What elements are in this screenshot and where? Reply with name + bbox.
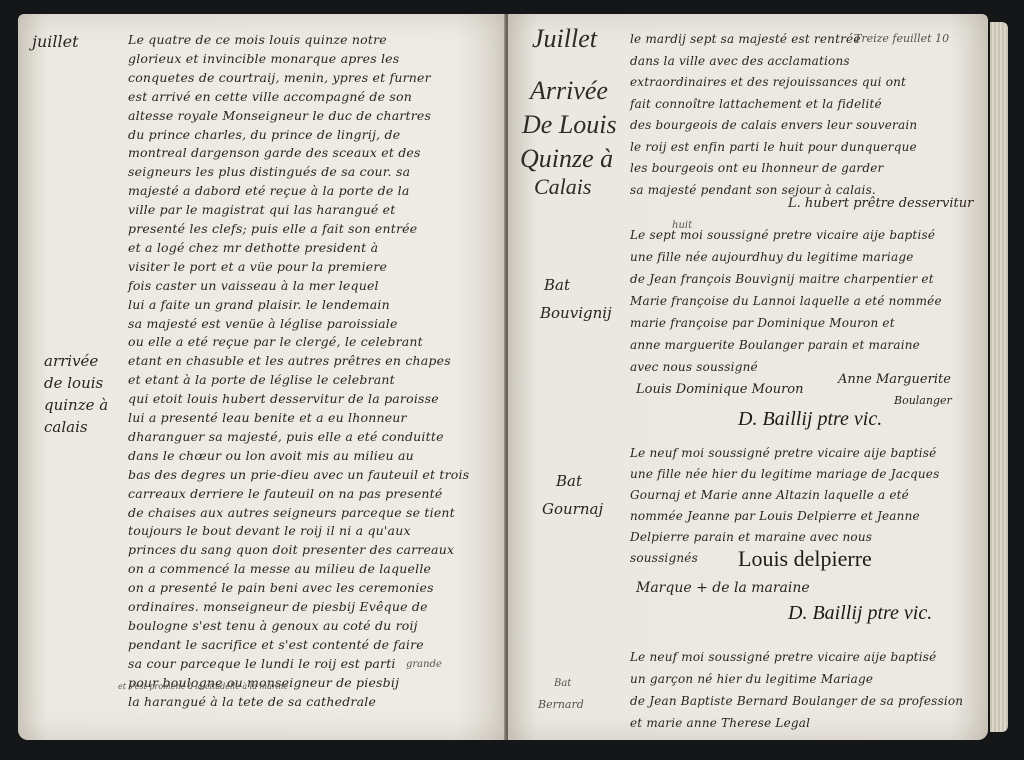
handwritten-line: du prince charles, du prince de lingrij,… [128,127,400,142]
handwritten-line: et marie anne Therese Legal [630,716,810,730]
handwritten-line: ville par le magistrat qui las harangué … [128,202,395,217]
handwritten-line: avec nous soussigné [630,360,758,374]
right-page: Juillet Treize feuillet 10 Arrivée De Lo… [508,14,988,740]
folio-number: Treize feuillet 10 [854,32,949,45]
handwritten-line: Le quatre de ce mois louis quinze notre [128,32,387,47]
entry4-margin-bat: Bat [554,678,571,689]
handwritten-line: toujours le bout devant le roij il ni a … [128,523,411,538]
handwritten-line: presenté les clefs; puis elle a fait son… [128,221,417,236]
handwritten-line: le roij est enfin parti le huit pour dun… [630,140,917,154]
signature-boulanger: Boulanger [894,394,952,407]
handwritten-line: et a logé chez mr dethotte president à [128,240,378,255]
handwritten-line: on a commencé la messe au milieu de laqu… [128,561,431,576]
margin-note-2: de louis [44,374,103,392]
handwritten-line: Marie françoise du Lannoi laquelle a eté… [630,294,942,308]
entry3-margin-name: Gournaj [542,500,603,518]
handwritten-line: le mardij sept sa majesté est rentrée [630,32,861,46]
handwritten-line: Le neuf moi soussigné pretre vicaire aij… [630,446,936,460]
handwritten-line: seigneurs les plus distingués de sa cour… [128,164,410,179]
entry2-margin-bat: Bat [544,276,570,294]
entry3-margin-bat: Bat [556,472,582,490]
open-register-book: juillet arrivée de louis quinze à calais… [8,8,1016,750]
handwritten-line: est arrivé en cette ville accompagné de … [128,89,412,104]
entry2-margin-name: Bouvignij [540,304,612,322]
handwritten-line: fois caster un vaisseau à la mer lequel [128,278,379,293]
page-edges [990,22,1008,732]
signature-hubert: L. hubert prêtre desservitur [788,196,973,211]
handwritten-line: des bourgeois de calais envers leur souv… [630,118,917,132]
title-line-4: Calais [534,174,591,200]
entry4-margin-name: Bernard [538,698,584,711]
handwritten-line: on a presenté le pain beni avec les cere… [128,580,434,595]
margin-month: juillet [32,32,79,51]
handwritten-line: marie françoise par Dominique Mouron et [630,316,895,330]
handwritten-line: lui a faite un grand plaisir. le lendema… [128,297,390,312]
signature-mouron: Louis Dominique Mouron [636,382,804,397]
signature-anne-marguerite: Anne Marguerite [838,372,951,387]
handwritten-line: dharanguer sa majesté, puis elle a eté c… [128,429,444,444]
interlinear-note-2: et s'est promené à la citadelle à la mar… [118,682,288,691]
handwritten-line: et etant à la porte de léglise le celebr… [128,372,395,387]
handwritten-line: visiter le port et a vüe pour la premier… [128,259,387,274]
handwritten-line: princes du sang quon doit presenter des … [128,542,454,557]
handwritten-line: Delpierre parain et maraine avec nous [630,530,872,544]
handwritten-line: sa majesté est venüe à léglise paroissia… [128,316,398,331]
handwritten-line: sa cour parceque le lundi le roij est pa… [128,656,396,671]
handwritten-line: majesté a dabord eté reçue à la porte de… [128,183,410,198]
handwritten-line: pendant le sacrifice et s'est contenté d… [128,637,424,652]
title-line-3: Quinze à [520,144,613,174]
handwritten-line: une fille née aujourdhuy du legitime mar… [630,250,914,264]
title-line-1: Arrivée [530,76,608,106]
margin-note-4: calais [44,418,88,436]
handwritten-line: la harangué à la tete de sa cathedrale [128,694,376,709]
title-line-2: De Louis [522,110,617,140]
handwritten-line: ou elle a eté reçue par le clergé, le ce… [128,334,423,349]
handwritten-line: extraordinaires et des rejouissances qui… [630,75,906,89]
handwritten-line: de Jean Baptiste Bernard Boulanger de sa… [630,694,963,708]
handwritten-line: une fille née hier du legitime mariage d… [630,467,939,481]
handwritten-line: lui a presenté leau benite et a eu lhonn… [128,410,407,425]
left-page: juillet arrivée de louis quinze à calais… [18,14,506,740]
handwritten-line: dans le chœur ou lon avoit mis au milieu… [128,448,414,463]
handwritten-line: un garçon né hier du legitime Mariage [630,672,873,686]
handwritten-line: montreal dargenson garde des sceaux et d… [128,145,421,160]
signature-baillij-1: D. Baillij ptre vic. [738,408,882,431]
handwritten-line: conquetes de courtraij, menin, ypres et … [128,70,431,85]
handwritten-line: nommée Jeanne par Louis Delpierre et Jea… [630,509,920,523]
signature-baillij-2: D. Baillij ptre vic. [788,602,932,625]
handwritten-line: bas des degres un prie-dieu avec un faut… [128,467,469,482]
handwritten-line: etant en chasuble et les autres prêtres … [128,353,451,368]
handwritten-line: glorieux et invincible monarque apres le… [128,51,399,66]
handwritten-line: ordinaires. monseigneur de piesbij Evêqu… [128,599,428,614]
handwritten-line: boulogne s'est tenu à genoux au coté du … [128,618,418,633]
handwritten-line: soussignés [630,551,698,565]
handwritten-line: de chaises aux autres seigneurs parceque… [128,505,455,520]
handwritten-line: anne marguerite Boulanger parain et mara… [630,338,920,352]
handwritten-line: Le sept moi soussigné pretre vicaire aij… [630,228,935,242]
handwritten-line: carreaux derriere le fauteuil on na pas … [128,486,442,501]
handwritten-line: altesse royale Monseigneur le duc de cha… [128,108,431,123]
handwritten-line: qui etoit louis hubert desservitur de la… [128,391,439,406]
interlinear-note: grande [406,659,442,670]
header-month: Juillet [532,24,597,54]
handwritten-line: fait connoître lattachement et la fideli… [630,97,882,111]
handwritten-line: de Jean françois Bouvignij maitre charpe… [630,272,934,286]
handwritten-line: Le neuf moi soussigné pretre vicaire aij… [630,650,936,664]
handwritten-line: dans la ville avec des acclamations [630,54,850,68]
margin-note-1: arrivée [44,352,98,370]
handwritten-line: Gournaj et Marie anne Altazin laquelle a… [630,488,909,502]
godmother-mark: Marque + de la maraine [636,580,810,596]
margin-note-3: quinze à [44,396,108,414]
handwritten-line: sa majesté pendant son sejour à calais. [630,183,876,197]
signature-delpierre: Louis delpierre [738,546,872,572]
handwritten-line: les bourgeois ont eu lhonneur de garder [630,161,883,175]
